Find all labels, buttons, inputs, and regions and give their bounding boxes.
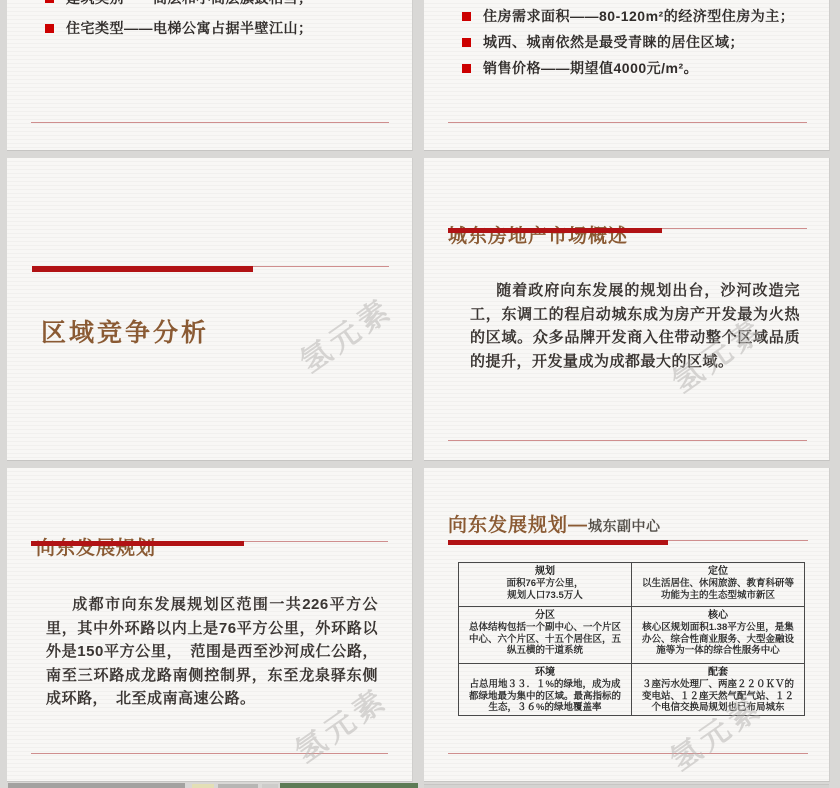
subcenter-info-table: 规划 面积76平方公里， 规划人口73.5万人 定位 以生活居住、休闲旅游、教育… [458,562,805,716]
bullet-item: 住宅类型——电梯公寓占据半壁江山； [45,20,405,37]
slide-title: 向东发展规划— 城东副中心 [448,510,661,537]
presentation-preview-page: 建筑类别——高层和小高层旗鼓相当； 住宅类型——电梯公寓占据半壁江山； 住房需求… [0,0,840,788]
accent-bar [32,266,253,272]
accent-bar-tail [668,540,808,541]
next-row-slide-edge [8,783,185,788]
watermark-text: 氢元素 [289,285,400,381]
table-cell-body: 占总用地３３．１%的绿地，成为成都绿地最为集中的区域。最高指标的生态，３６%的绿… [465,679,625,714]
accent-bar-tail [244,541,388,542]
next-row-slide-edge [218,784,258,788]
bullet-square-icon [462,12,471,21]
table-cell-body: 总体结构包括一个副中心、一个片区中心、六个片区、十五个居住区，五纵五横的干道系统 [465,622,625,657]
bullet-text: 建筑类别——高层和小高层旗鼓相当； [66,0,313,7]
table-cell-header: 定位 [638,565,798,578]
table-cell-planning: 规划 面积76平方公里， 规划人口73.5万人 [458,562,631,606]
bullet-square-icon [45,24,54,33]
bullet-item: 城西、城南依然是最受青睐的居住区域； [462,34,822,51]
accent-bar [31,541,244,546]
body-paragraph: 成都市向东发展规划区范围一共226平方公里，其中外环路以内上是76平方公里，外环… [46,593,378,711]
bullet-square-icon [462,64,471,73]
slide-title-sub: 城东副中心 [588,516,661,536]
slide-title: 城东房地产市场概述 [448,221,628,248]
next-row-slide-edge [424,784,829,788]
bullet-text: 城西、城南依然是最受青睐的居住区域； [483,34,744,51]
accent-bar-tail [662,228,807,229]
table-cell-header: 核心 [638,609,798,622]
slide-thumbnail-housing-demand[interactable]: 住房需求面积——80-120m²的经济型住房为主； 城西、城南依然是最受青睐的居… [424,0,830,151]
next-row-slide-edge [192,784,214,788]
bullet-item: 住房需求面积——80-120m²的经济型住房为主； [462,8,822,25]
slide-footer-rule [31,753,388,754]
accent-bar [448,540,668,545]
section-title: 区域竞争分析 [41,313,209,349]
table-cell-facilities: 配套 ３座污水处理厂、两座２２０ＫＶ的变电站、１２座天然气配气站、１２个电信交换… [631,663,804,715]
slide-title: 向东发展规划 [36,533,156,560]
table-cell-positioning: 定位 以生活居住、休闲旅游、教育科研等功能为主的生态型城市新区 [631,562,804,606]
bullet-text: 住房需求面积——80-120m²的经济型住房为主； [483,8,794,25]
slide-footer-rule [448,440,807,441]
slide-footer-rule [31,122,389,123]
slide-title-main: 向东发展规划— [448,510,588,537]
slide-thumbnail-east-plan[interactable]: 向东发展规划 成都市向东发展规划区范围一共226平方公里，其中外环路以内上是76… [7,468,413,782]
slide-footer-rule [448,753,808,754]
bullet-text: 销售价格——期望值4000元/m²。 [483,60,698,77]
slide-footer-rule [448,122,807,123]
slide-thumbnail-subcenter-table[interactable]: 向东发展规划— 城东副中心 规划 面积76平方公里， 规划人口73.5万人 定位… [424,468,830,782]
table-cell-body: 以生活居住、休闲旅游、教育科研等功能为主的生态型城市新区 [638,578,798,601]
next-row-slide-edge [262,784,278,788]
table-cell-header: 分区 [465,609,625,622]
slide-thumbnail-section-competition[interactable]: 区域竞争分析 氢元素 [7,158,413,461]
next-row-slide-edge [280,783,418,788]
table-cell-body: 核心区规划面积1.38平方公里，是集办公、综合性商业服务、大型金融设施等为一体的… [638,622,798,657]
table-cell-environment: 环境 占总用地３３．１%的绿地，成为成都绿地最为集中的区域。最高指标的生态，３６… [458,663,631,715]
slide-thumbnail-housing-type[interactable]: 建筑类别——高层和小高层旗鼓相当； 住宅类型——电梯公寓占据半壁江山； [7,0,413,151]
accent-bar-tail [253,266,389,267]
bullet-square-icon [462,38,471,47]
table-cell-header: 配套 [638,666,798,679]
table-cell-header: 环境 [465,666,625,679]
table-cell-zoning: 分区 总体结构包括一个副中心、一个片区中心、六个片区、十五个居住区，五纵五横的干… [458,606,631,663]
table-cell-header: 规划 [465,565,625,578]
bullet-item: 建筑类别——高层和小高层旗鼓相当； [45,0,405,7]
table-cell-body: 面积76平方公里， 规划人口73.5万人 [465,578,625,601]
table-cell-body: ３座污水处理厂、两座２２０ＫＶ的变电站、１２座天然气配气站、１２个电信交换局规划… [638,679,798,714]
accent-bar [448,228,662,233]
bullet-text: 住宅类型——电梯公寓占据半壁江山； [66,20,313,37]
body-paragraph: 随着政府向东发展的规划出台，沙河改造完工，东调工的程启动城东成为房产开发最为火热… [470,279,800,373]
slide-thumbnail-market-overview[interactable]: 城东房地产市场概述 随着政府向东发展的规划出台，沙河改造完工，东调工的程启动城东… [424,158,830,461]
bullet-item: 销售价格——期望值4000元/m²。 [462,60,822,77]
table-cell-core: 核心 核心区规划面积1.38平方公里，是集办公、综合性商业服务、大型金融设施等为… [631,606,804,663]
bullet-square-icon [45,0,54,3]
